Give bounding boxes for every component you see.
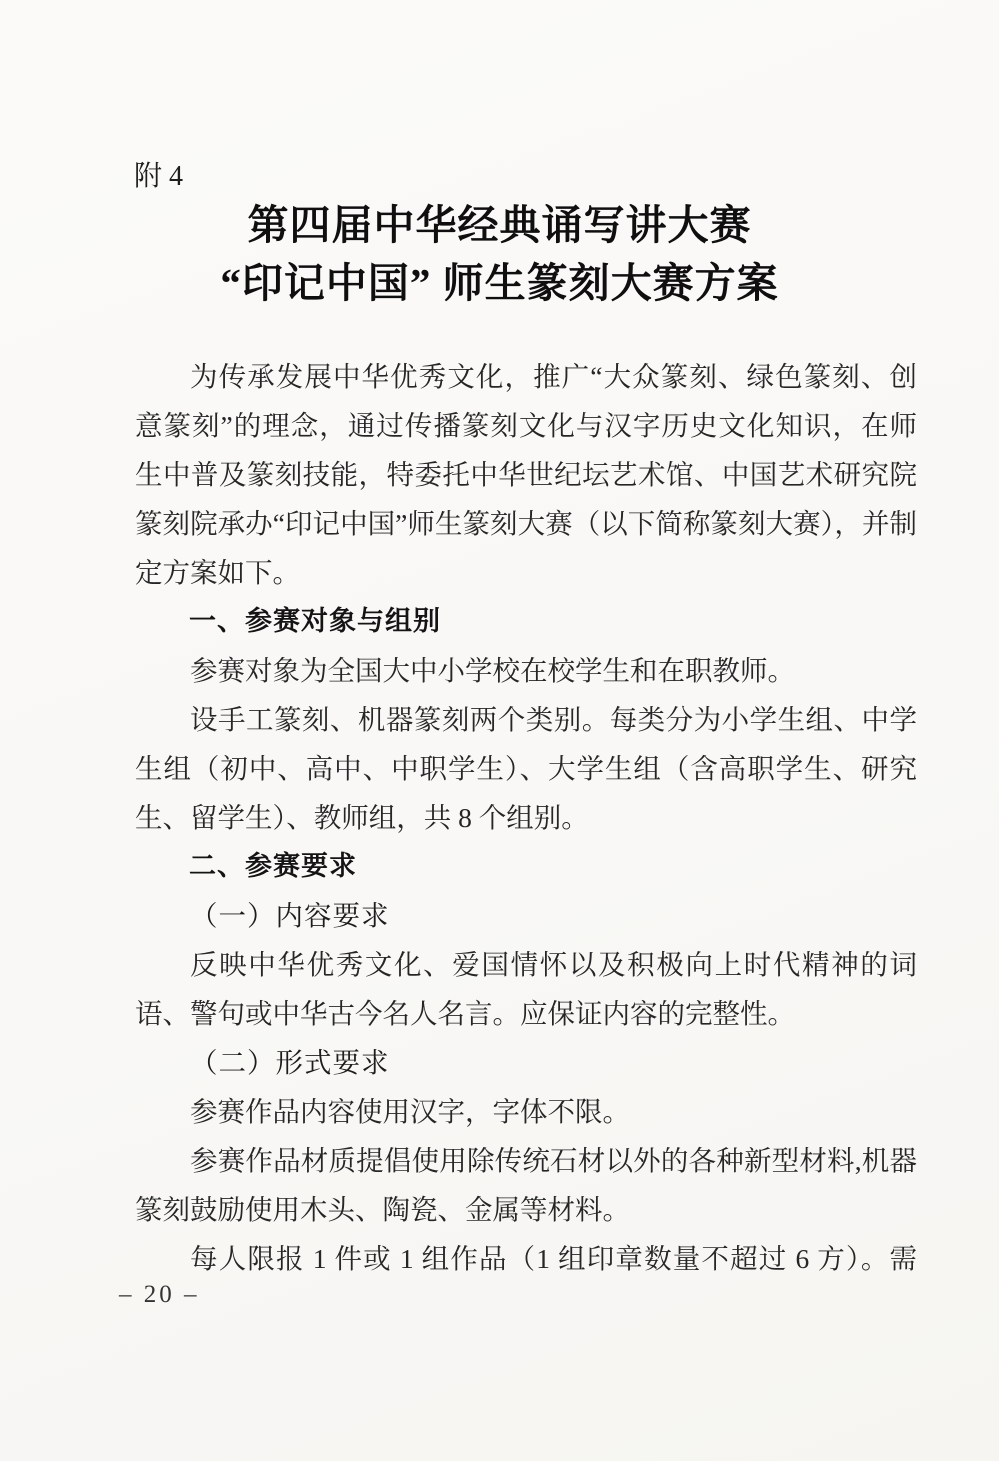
document-title-line-1: 第四届中华经典诵写讲大赛 [0,196,999,254]
intro-paragraph: 为传承发展中华优秀文化，推广“大众篆刻、绿色篆刻、创意篆刻”的理念，通过传播篆刻… [135,352,917,597]
entry-limit-paragraph: 每人限报 1 件或 1 组作品（1 组印章数量不超过 6 方）。需 [135,1234,917,1283]
characters-paragraph: 参赛作品内容使用汉字，字体不限。 [135,1087,917,1136]
content-requirements-paragraph: 反映中华优秀文化、爱国情怀以及积极向上时代精神的词语、警句或中华古今名人名言。应… [135,940,917,1038]
attachment-label: 附 4 [134,158,183,196]
document-page: 附 4 第四届中华经典诵写讲大赛 “印记中国” 师生篆刻大赛方案 为传承发展中华… [0,0,999,1461]
section-2-heading: 二、参赛要求 [135,842,917,891]
materials-paragraph: 参赛作品材质提倡使用除传统石材以外的各种新型材料,机器篆刻鼓励使用木头、陶瓷、金… [135,1136,917,1234]
subsection-1-heading: （一）内容要求 [135,891,917,940]
document-body: 为传承发展中华优秀文化，推广“大众篆刻、绿色篆刻、创意篆刻”的理念，通过传播篆刻… [135,352,917,1283]
participants-paragraph: 参赛对象为全国大中小学校在校学生和在职教师。 [135,646,917,695]
document-title: 第四届中华经典诵写讲大赛 “印记中国” 师生篆刻大赛方案 [0,196,999,312]
groups-paragraph: 设手工篆刻、机器篆刻两个类别。每类分为小学生组、中学生组（初中、高中、中职学生）… [135,695,917,842]
document-title-line-2: “印记中国” 师生篆刻大赛方案 [0,254,999,312]
page-number: – 20 – [119,1281,200,1309]
subsection-2-heading: （二）形式要求 [135,1038,917,1087]
section-1-heading: 一、参赛对象与组别 [135,597,917,646]
